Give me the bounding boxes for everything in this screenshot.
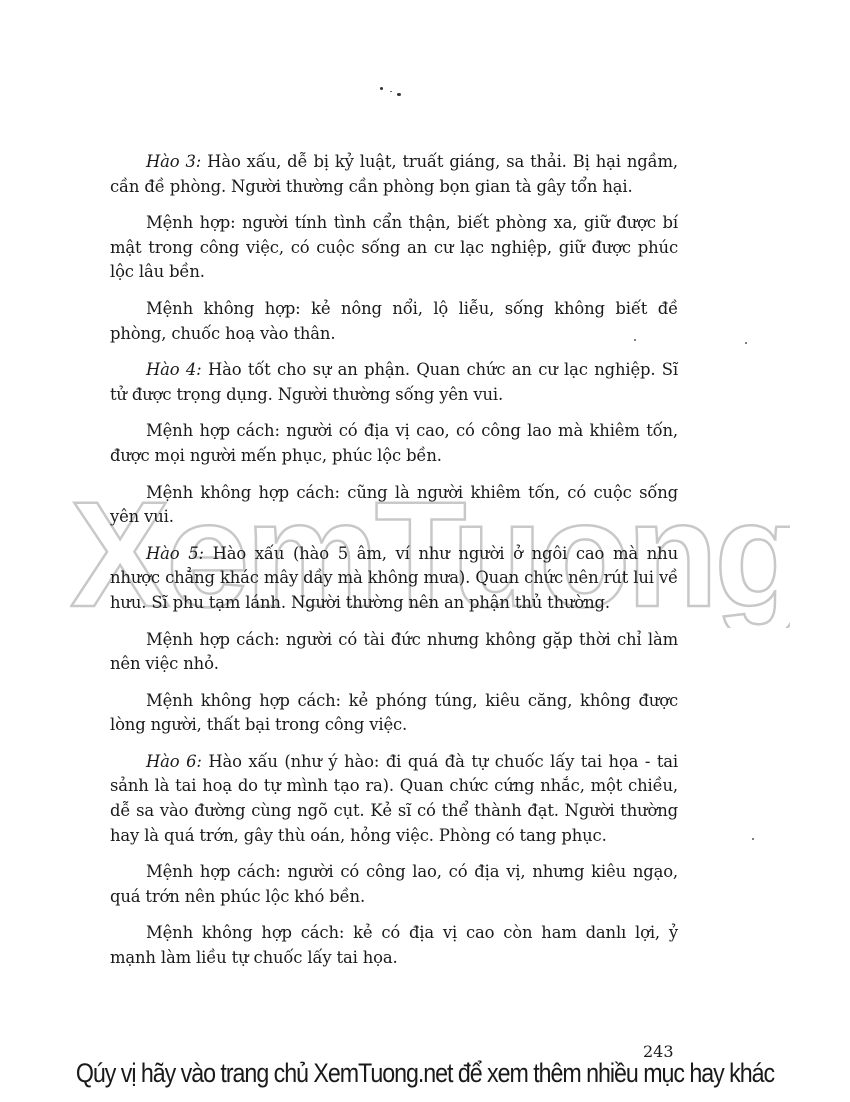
paragraph-menh-khong-hop-cach: Mệnh không hợp cách: cũng là người khiêm… <box>110 481 678 530</box>
paragraph-text: Mệnh không hợp cách: kẻ phóng túng, kiêu… <box>110 691 678 735</box>
paragraph-text: Mệnh hợp: người tính tình cẩn thận, biết… <box>110 213 678 281</box>
scan-artifact-dots <box>378 84 408 98</box>
paragraph-text: Mệnh không hợp cách: kẻ có địa vị cao cò… <box>110 923 678 967</box>
paragraph-hao-5: Hào 5: Hào xấu (hào 5 âm, ví như người ở… <box>110 542 678 616</box>
paragraph-lead: Hào 3: <box>146 152 201 171</box>
page-body: Hào 3: Hào xấu, dễ bị kỷ luật, truất giá… <box>110 150 678 983</box>
paragraph-menh-khong-hop-cach: Mệnh không hợp cách: kẻ phóng túng, kiêu… <box>110 689 678 738</box>
paragraph-menh-hop-cach: Mệnh hợp cách: người có tài đức nhưng kh… <box>110 628 678 677</box>
footer-banner: Qúy vị hãy vào trang chủ XemTuong.net để… <box>60 1058 791 1089</box>
paragraph-menh-hop: Mệnh hợp: người tính tình cẩn thận, biết… <box>110 211 678 285</box>
paragraph-hao-4: Hào 4: Hào tốt cho sự an phận. Quan chức… <box>110 358 678 407</box>
paragraph-hao-3: Hào 3: Hào xấu, dễ bị kỷ luật, truất giá… <box>110 150 678 199</box>
paragraph-text: Mệnh hợp cách: người có tài đức nhưng kh… <box>110 630 678 674</box>
paragraph-text: Mệnh không hợp: kẻ nông nổi, lộ liễu, số… <box>110 299 678 343</box>
paragraph-menh-hop-cach: Mệnh hợp cách: người có địa vị cao, có c… <box>110 419 678 468</box>
paragraph-menh-khong-hop-cach: Mệnh không hợp cách: kẻ có địa vị cao cò… <box>110 921 678 970</box>
paragraph-text: Mệnh hợp cách: người có địa vị cao, có c… <box>110 421 678 465</box>
scan-artifact-speck <box>752 838 754 840</box>
paragraph-text: Mệnh hợp cách: người có công lao, có địa… <box>110 862 678 906</box>
paragraph-lead: Hào 5: <box>146 544 204 563</box>
paragraph-lead: Hào 6: <box>146 752 202 771</box>
paragraph-hao-6: Hào 6: Hào xấu (như ý hào: đi quá đà tự … <box>110 750 678 848</box>
paragraph-menh-khong-hop: Mệnh không hợp: kẻ nông nổi, lộ liễu, số… <box>110 297 678 346</box>
paragraph-menh-hop-cach: Mệnh hợp cách: người có công lao, có địa… <box>110 860 678 909</box>
scan-artifact-speck <box>745 342 747 344</box>
paragraph-text: Mệnh không hợp cách: cũng là người khiêm… <box>110 483 678 527</box>
paragraph-lead: Hào 4: <box>146 360 202 379</box>
